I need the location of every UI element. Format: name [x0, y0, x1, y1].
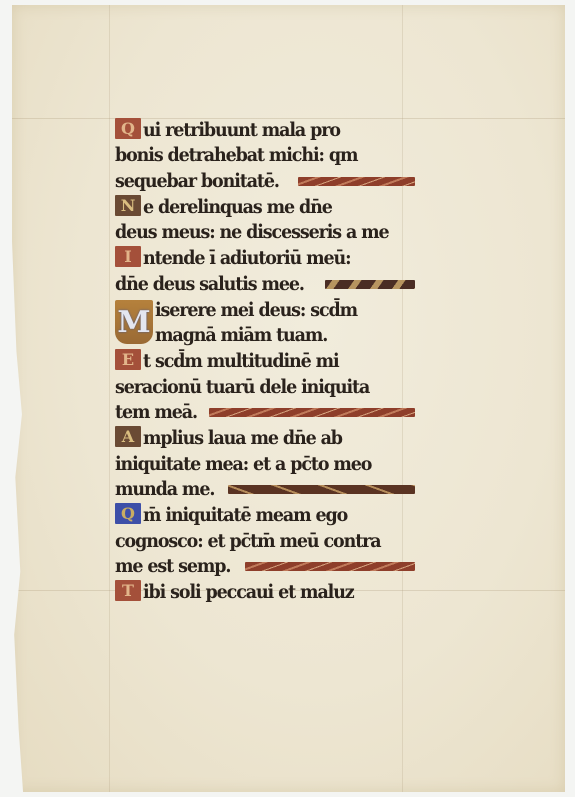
line-text: dn̄e deus salutis mee.	[115, 273, 304, 295]
line-text: mplius laua me dn̄e ab	[143, 427, 342, 449]
text-line: tem meā.	[115, 398, 415, 424]
illuminated-initial-large: M	[115, 300, 153, 344]
text-line: sequebar bonitatē.	[115, 166, 415, 192]
text-line: M magnā miām tuam.	[115, 321, 415, 347]
line-text: e derelinquas me dn̄e	[143, 196, 332, 218]
line-text: bonis detrahebat michi: qm	[115, 144, 357, 166]
line-text: ui retribuunt mala pro	[143, 119, 340, 141]
illuminated-initial: I	[115, 246, 141, 267]
text-line: seracionū tuarū dele iniquita	[115, 372, 415, 398]
text-line: I ntende ī adiutoriū meū:	[115, 243, 415, 269]
illuminated-initial: Q	[115, 118, 141, 139]
line-filler	[209, 408, 415, 417]
text-line: iserere mei deus: scd̄m	[115, 295, 415, 321]
line-text: seracionū tuarū dele iniquita	[115, 376, 369, 398]
line-filler	[325, 280, 415, 289]
line-text: deus meus: ne discesseris a me	[115, 221, 389, 243]
text-line: dn̄e deus salutis mee.	[115, 269, 415, 295]
text-block: Q ui retribuunt mala pro bonis detraheba…	[115, 115, 415, 603]
text-line: cognosco: et pc̄tm̄ meū contra	[115, 526, 415, 552]
line-text: iniquitate mea: et a pc̄to meo	[115, 453, 371, 475]
line-filler	[228, 485, 415, 494]
text-line: iniquitate mea: et a pc̄to meo	[115, 449, 415, 475]
ruling-line	[109, 5, 110, 792]
text-line: me est semp.	[115, 552, 415, 578]
line-text: ntende ī adiutoriū meū:	[143, 247, 350, 269]
line-text: me est semp.	[115, 555, 230, 577]
illuminated-initial: A	[115, 426, 141, 447]
line-filler	[298, 177, 415, 186]
text-line: deus meus: ne discesseris a me	[115, 218, 415, 244]
line-text: munda me.	[115, 478, 214, 500]
illuminated-initial: N	[115, 195, 141, 216]
text-line: E t scd̄m multitudinē mi	[115, 346, 415, 372]
illuminated-initial: T	[115, 580, 141, 601]
text-line: munda me.	[115, 475, 415, 501]
line-text: cognosco: et pc̄tm̄ meū contra	[115, 530, 381, 552]
manuscript-leaf: Q ui retribuunt mala pro bonis detraheba…	[12, 5, 565, 792]
text-line: A mplius laua me dn̄e ab	[115, 423, 415, 449]
text-line: T ibi soli peccaui et maluz	[115, 577, 415, 603]
line-text: tem meā.	[115, 401, 197, 423]
line-text: m̄ iniquitatē meam ego	[143, 504, 347, 526]
line-text: t scd̄m multitudinē mi	[143, 350, 339, 372]
illuminated-initial: Q	[115, 503, 141, 524]
text-line: Q m̄ iniquitatē meam ego	[115, 500, 415, 526]
line-text: ibi soli peccaui et maluz	[143, 581, 354, 603]
line-text: iserere mei deus: scd̄m	[155, 299, 357, 321]
line-text: sequebar bonitatē.	[115, 170, 279, 192]
text-line: N e derelinquas me dn̄e	[115, 192, 415, 218]
text-line: bonis detrahebat michi: qm	[115, 141, 415, 167]
line-filler	[245, 562, 415, 571]
line-text: magnā miām tuam.	[155, 324, 327, 346]
illuminated-initial: E	[115, 349, 141, 370]
text-line: Q ui retribuunt mala pro	[115, 115, 415, 141]
